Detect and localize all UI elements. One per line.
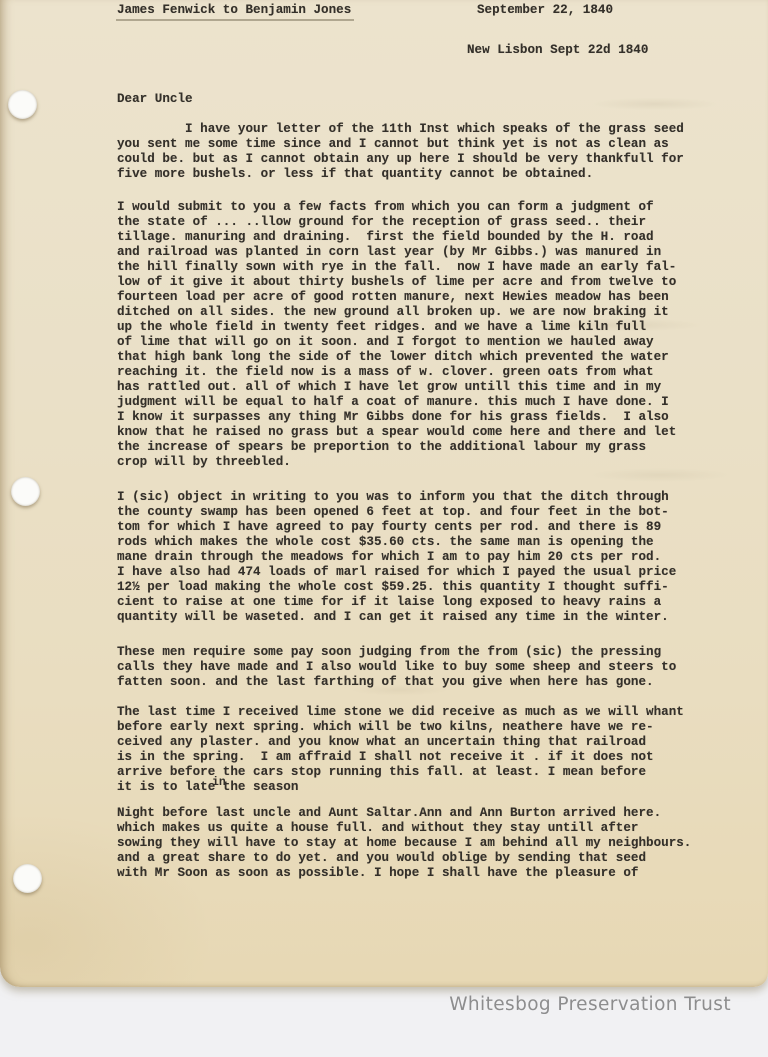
punch-hole-middle xyxy=(11,477,40,506)
watermark-credit: Whitesbog Preservation Trust xyxy=(449,994,731,1015)
paragraph-4: These men require some pay soon judging … xyxy=(117,645,676,690)
punch-hole-bottom xyxy=(13,864,42,893)
paragraph-6: Night before last uncle and Aunt Saltar.… xyxy=(117,806,691,881)
paragraph-3: I (sic) object in writing to you was to … xyxy=(117,490,676,625)
punch-hole-top xyxy=(8,90,37,119)
paragraph-2: I would submit to you a few facts from w… xyxy=(117,200,676,470)
header-underline xyxy=(116,19,354,21)
header-author-line: James Fenwick to Benjamin Jones xyxy=(117,3,351,18)
paragraph-1: I have your letter of the 11th Inst whic… xyxy=(117,122,684,182)
salutation: Dear Uncle xyxy=(117,92,193,107)
dateline: New Lisbon Sept 22d 1840 xyxy=(467,43,648,58)
inserted-word: in xyxy=(212,776,226,789)
scan-background: James Fenwick to Benjamin Jones Septembe… xyxy=(0,0,768,1057)
header-date: September 22, 1840 xyxy=(477,3,613,18)
letter-page: James Fenwick to Benjamin Jones Septembe… xyxy=(0,0,768,987)
paragraph-5: The last time I received lime stone we d… xyxy=(117,705,684,795)
